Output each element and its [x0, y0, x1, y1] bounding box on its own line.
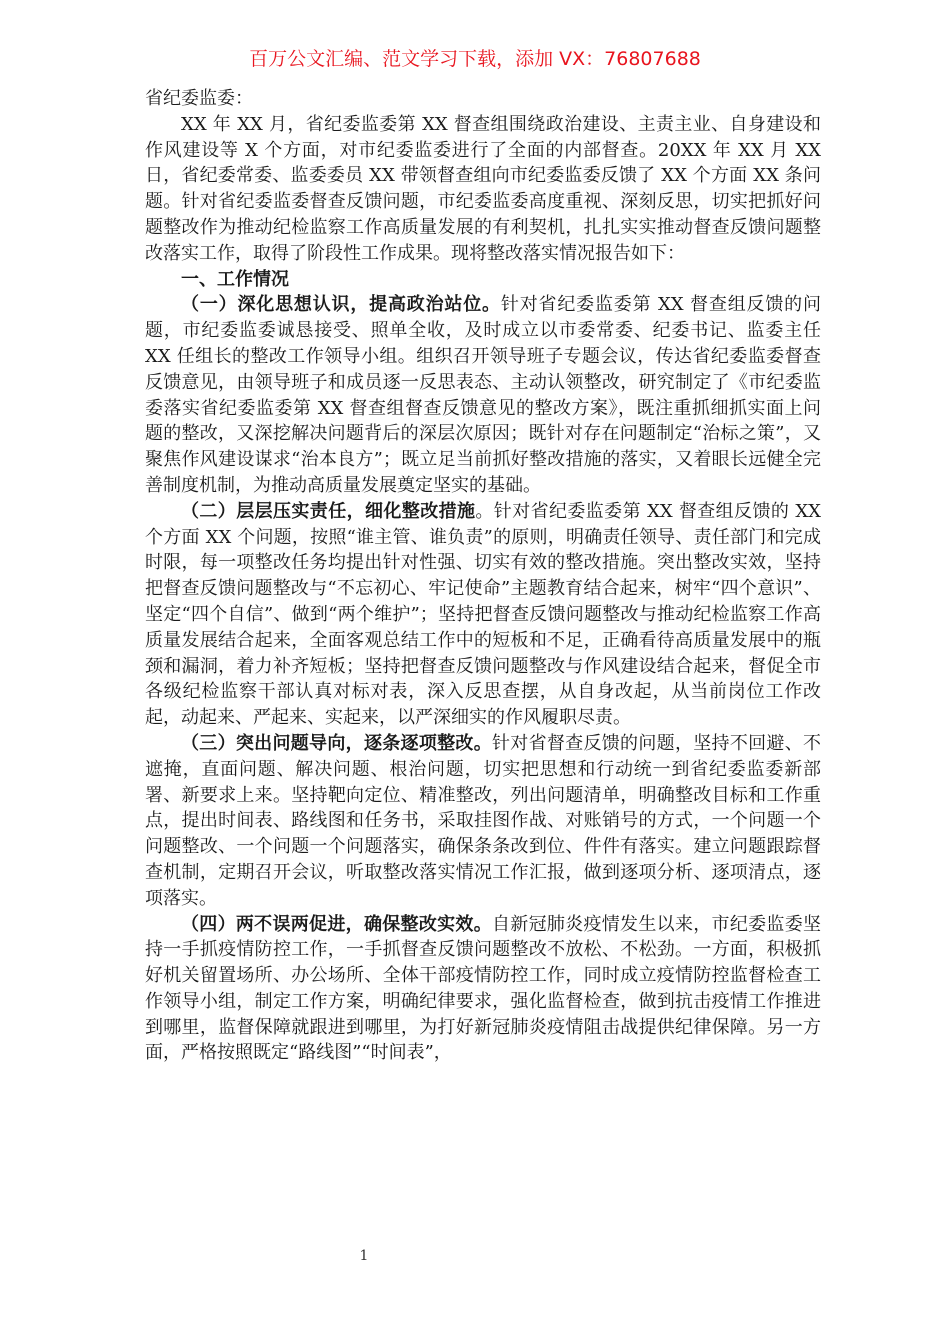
intro-paragraph: XX 年 XX 月，省纪委监委第 XX 督查组围绕政治建设、主责主业、自身建设和… [145, 112, 821, 267]
document-body: 省纪委监委： XX 年 XX 月，省纪委监委第 XX 督查组围绕政治建设、主责主… [145, 86, 821, 1066]
paragraph-2-lead: （二）层层压实责任，细化整改措施 [181, 501, 475, 522]
paragraph-4-lead: （四）两不误两促进，确保整改实效。 [181, 914, 492, 935]
paragraph-3-lead: （三）突出问题导向，逐条逐项整改。 [181, 733, 492, 754]
paragraph-1-lead: （一）深化思想认识，提高政治站位。 [181, 294, 501, 315]
paragraph-1: （一）深化思想认识，提高政治站位。针对省纪委监委第 XX 督查组反馈的问题，市纪… [145, 292, 821, 498]
watermark-header: 百万公文汇编、范文学习下载，添加 VX：76807688 [0, 44, 950, 71]
paragraph-4: （四）两不误两促进，确保整改实效。自新冠肺炎疫情发生以来，市纪委监委坚持一手抓疫… [145, 912, 821, 1067]
page-number: 1 [0, 1248, 728, 1264]
paragraph-1-body: 针对省纪委监委第 XX 督查组反馈的问题，市纪委监委诚恳接受、照单全收，及时成立… [145, 294, 821, 496]
section-heading: 一、工作情况 [145, 267, 821, 293]
paragraph-2-body: 。针对省纪委监委第 XX 督查组反馈的 XX 个方面 XX 个问题，按照“谁主管… [145, 501, 821, 728]
paragraph-3-body: 针对省督查反馈的问题，坚持不回避、不遮掩，直面问题、解决问题、根治问题，切实把思… [145, 733, 821, 909]
paragraph-2: （二）层层压实责任，细化整改措施。针对省纪委监委第 XX 督查组反馈的 XX 个… [145, 499, 821, 731]
paragraph-4-body: 自新冠肺炎疫情发生以来，市纪委监委坚持一手抓疫情防控工作，一手抓督查反馈问题整改… [145, 914, 821, 1064]
paragraph-3: （三）突出问题导向，逐条逐项整改。针对省督查反馈的问题，坚持不回避、不遮掩，直面… [145, 731, 821, 912]
salutation: 省纪委监委： [145, 86, 821, 112]
